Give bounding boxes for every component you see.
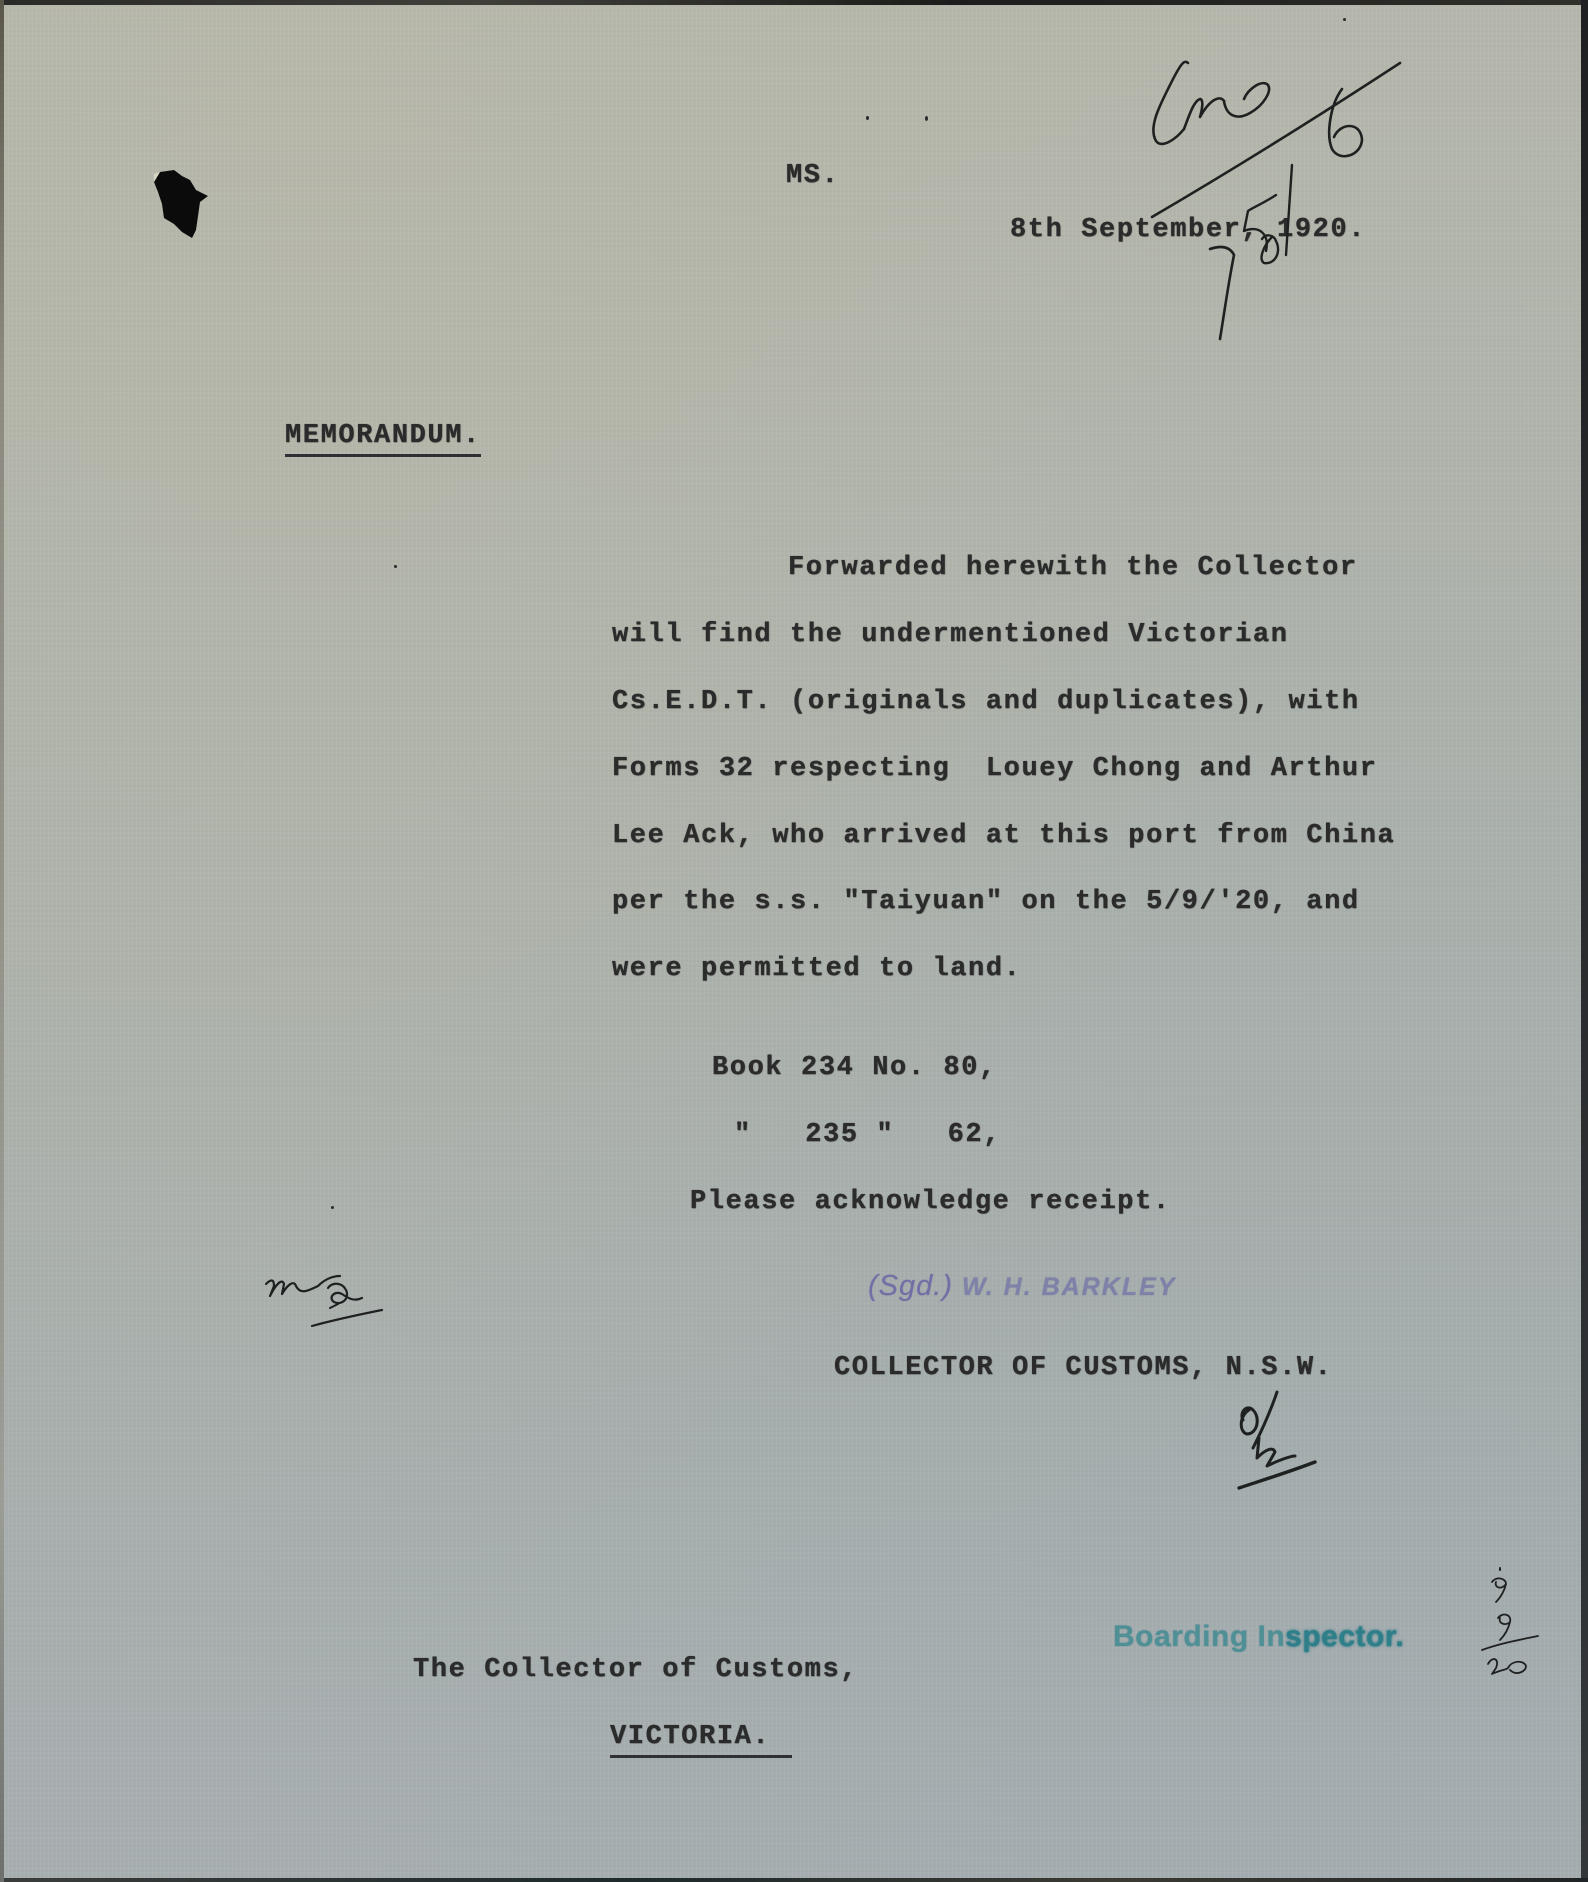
reference-code: MS. bbox=[786, 163, 839, 190]
ink-speck bbox=[331, 1206, 334, 1209]
handwritten-margin-note bbox=[262, 1270, 402, 1340]
ink-speck bbox=[866, 116, 869, 120]
handwritten-file-reference bbox=[1140, 55, 1440, 355]
body-line: were permitted to land. bbox=[612, 956, 1021, 983]
stamp-text-smudged: spector. bbox=[1285, 1620, 1404, 1653]
book-reference: Book 234 No. 80, bbox=[712, 1055, 997, 1082]
scan-edge-left bbox=[0, 0, 4, 1882]
signatory-title: COLLECTOR OF CUSTOMS, N.S.W. bbox=[834, 1355, 1332, 1382]
book-reference: " 235 " 62, bbox=[734, 1122, 1001, 1149]
ink-speck bbox=[394, 565, 397, 568]
handwritten-initials bbox=[1235, 1388, 1325, 1498]
signature-name: W. H. BARKLEY bbox=[962, 1273, 1176, 1301]
signature-prefix: (Sgd.) bbox=[868, 1270, 953, 1302]
scan-edge-bottom bbox=[0, 1878, 1588, 1882]
handwritten-date-note bbox=[1478, 1560, 1548, 1700]
body-line: Lee Ack, who arrived at this port from C… bbox=[612, 823, 1395, 850]
memorandum-page: MS. 8th September, 1920. MEMORANDUM. For bbox=[0, 0, 1588, 1882]
ink-speck bbox=[1343, 18, 1346, 21]
closing-line: Please acknowledge receipt. bbox=[690, 1189, 1171, 1216]
scan-edge-top bbox=[0, 0, 1588, 5]
ink-speck bbox=[925, 116, 928, 121]
scan-edge-right bbox=[1581, 0, 1588, 1882]
memorandum-title: MEMORANDUM. bbox=[285, 423, 481, 457]
punch-hole-icon bbox=[152, 168, 210, 240]
addressee-line-1: The Collector of Customs, bbox=[413, 1657, 858, 1684]
addressee-line-2: VICTORIA. bbox=[610, 1724, 792, 1758]
body-line: Forms 32 respecting Louey Chong and Arth… bbox=[612, 756, 1378, 783]
body-line: Forwarded herewith the Collector bbox=[788, 555, 1358, 582]
signature-stamp: (Sgd.) W. H. BARKLEY bbox=[868, 1270, 1176, 1303]
boarding-inspector-stamp: Boarding Inspector. bbox=[1113, 1620, 1404, 1654]
body-line: per the s.s. "Taiyuan" on the 5/9/'20, a… bbox=[612, 889, 1360, 916]
stamp-text-plain: Boarding In bbox=[1113, 1620, 1285, 1653]
body-line: Cs.E.D.T. (originals and duplicates), wi… bbox=[612, 689, 1360, 716]
body-line: will find the undermentioned Victorian bbox=[612, 622, 1289, 649]
document-date: 8th September, 1920. bbox=[1010, 217, 1366, 244]
